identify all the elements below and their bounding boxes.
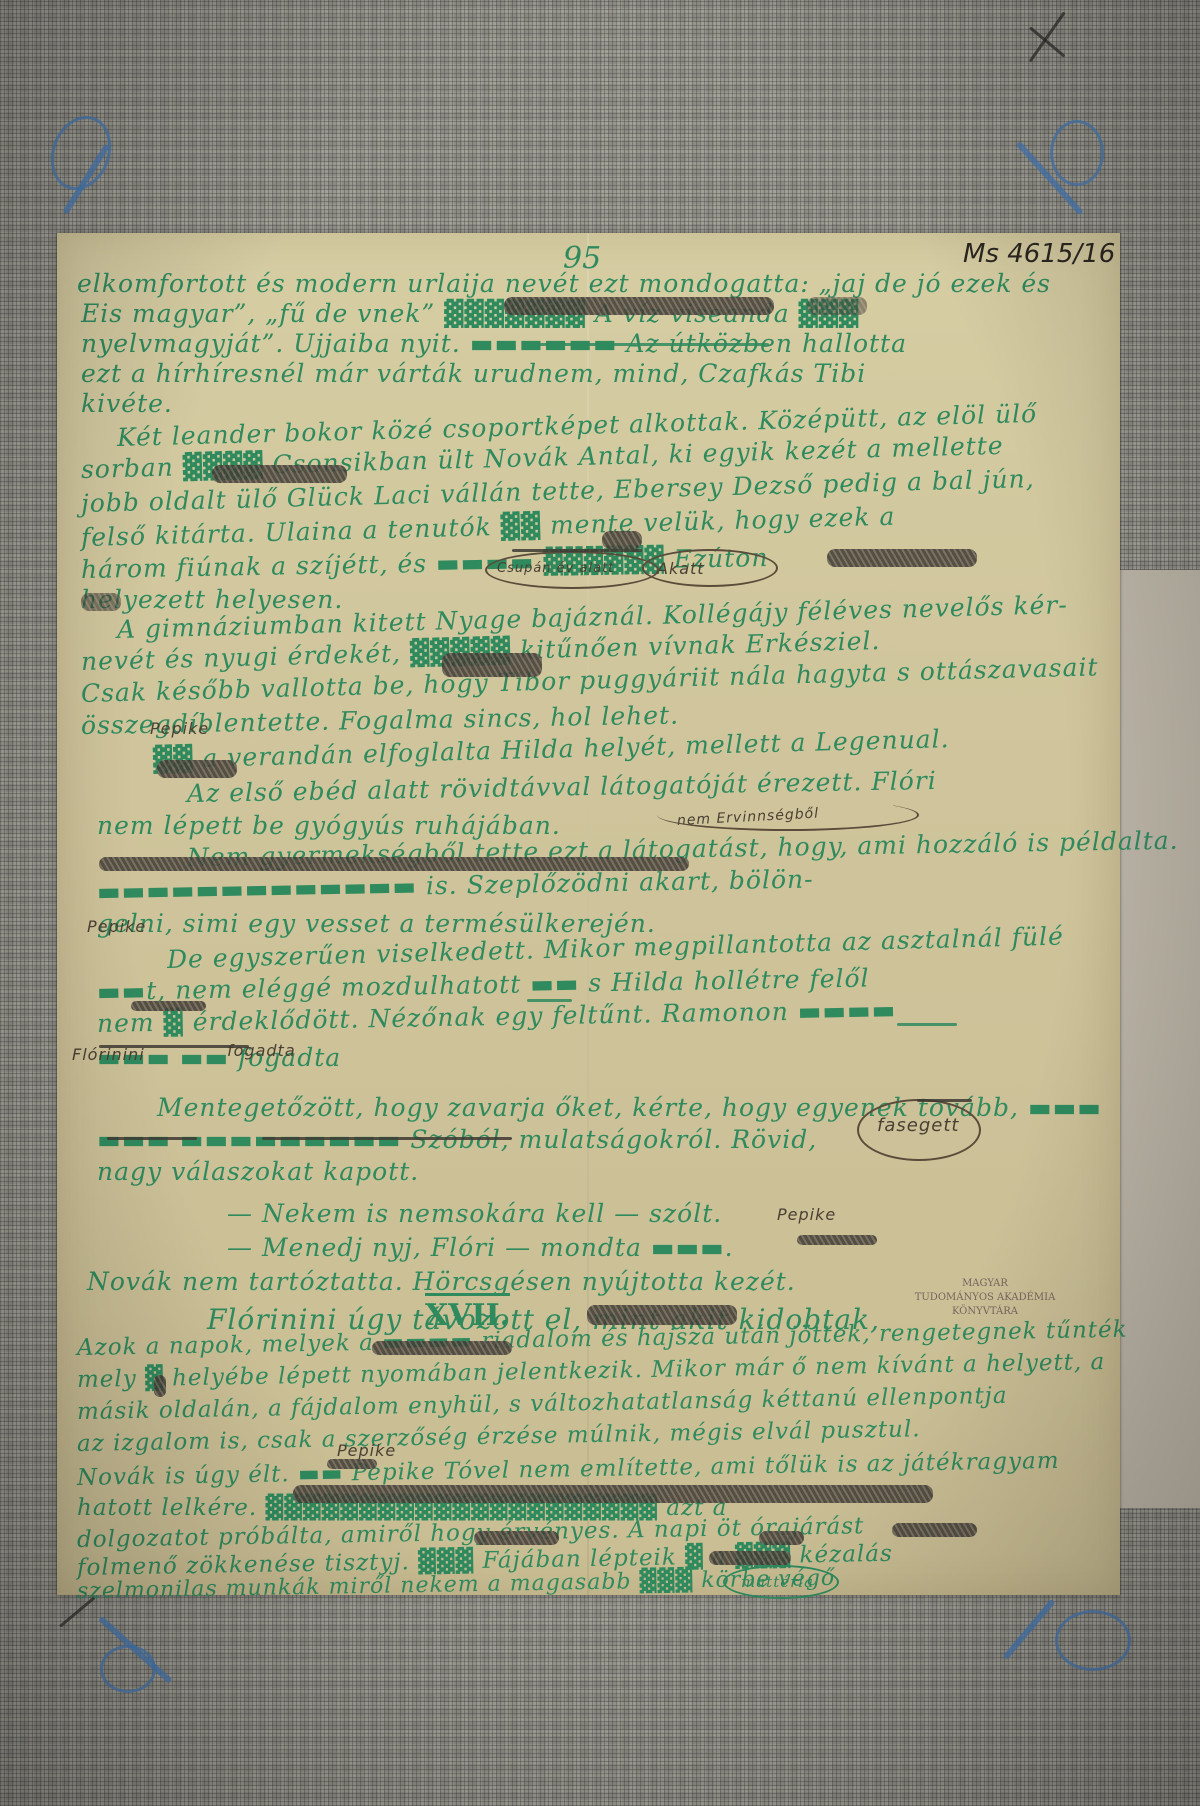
text-line: kivéte.: [81, 389, 173, 418]
crossed-out-line: [293, 1485, 933, 1503]
crossed-out-word: [81, 593, 121, 611]
crossed-out-word: [327, 1459, 377, 1469]
crossed-out-line: [99, 857, 689, 871]
margin-note-pepike: Pepike: [87, 917, 146, 936]
margin-note-pepike: Pepike: [337, 1441, 396, 1460]
crossed-out-word: [709, 1551, 791, 1565]
strikethrough: [262, 1137, 512, 1140]
crossed-out-word: [442, 653, 542, 677]
text-line: ezt a hírhíresnél már várták urudnem, mi…: [81, 359, 866, 388]
stamp-line-3: KÖNYVTÁRA: [905, 1305, 1065, 1319]
manuscript-page: 95 Ms 4615/16 elkomfortott és modern url…: [57, 233, 1120, 1595]
struck-heading: [587, 1305, 737, 1325]
corner-mark-bottom-left-stroke: [98, 1616, 173, 1684]
corner-mark-bottom-right: [1055, 1610, 1131, 1671]
strikethrough: [512, 549, 642, 552]
circle-annotation: [723, 1565, 839, 1599]
text-line: nem lépett be gyógyús ruhájában.: [97, 811, 561, 840]
crossed-out-word: [504, 297, 774, 315]
crossed-out-word: [212, 465, 347, 483]
circle-annotation: [485, 551, 659, 589]
strikethrough: [917, 1099, 972, 1102]
strikethrough: [99, 1045, 249, 1048]
margin-note-pepike: Pepike: [150, 719, 209, 738]
crossed-out-word: [372, 1341, 512, 1355]
stamp-line-2: TUDOMÁNYOS AKADÉMIA: [905, 1291, 1065, 1305]
crossed-out-word: [797, 1235, 877, 1245]
bracket-annotation: [657, 799, 919, 831]
shelfmark-label: Ms 4615/16: [963, 239, 1115, 269]
corner-mark-top-right-stroke: [1016, 141, 1084, 216]
crossed-out-word: [474, 1531, 559, 1545]
crossed-out-word: [759, 1531, 804, 1545]
circle-annotation: [857, 1099, 981, 1161]
library-stamp: MAGYAR TUDOMÁNYOS AKADÉMIA KÖNYVTÁRA: [905, 1277, 1065, 1319]
corner-mark-top-left-stroke: [62, 144, 109, 215]
strikethrough: [897, 1023, 957, 1026]
strikethrough: [527, 999, 572, 1002]
text-line: nyelvmagyját”. Ujjaiba nyit. ▬▬▬▬▬▬ Az ú…: [81, 329, 907, 358]
circle-annotation: [642, 549, 778, 587]
text-line: nagy válaszokat kapott.: [97, 1157, 419, 1186]
margin-note-pepike: Pepike: [777, 1205, 836, 1224]
text-line: elkomfortott és modern urlaija nevét ezt…: [77, 269, 1051, 298]
crossed-out-word: [157, 760, 237, 778]
crossed-out-word: [154, 1375, 166, 1397]
margin-note-fogadta: fogadta: [227, 1041, 296, 1060]
crossed-out-word: [807, 297, 867, 315]
crossed-out-word: [892, 1523, 977, 1537]
text-line: — Menedj nyj, Flóri — mondta ▬▬▬.: [227, 1233, 734, 1262]
corner-mark-bottom-left: [100, 1645, 156, 1693]
strikethrough: [524, 343, 769, 346]
text-line: — Nekem is nemsokára kell — szólt.: [227, 1199, 722, 1228]
strikethrough: [107, 1137, 197, 1140]
corner-mark-top-right: [1050, 120, 1104, 186]
corner-mark-bottom-right-stroke: [1003, 1599, 1056, 1660]
stamp-line-1: MAGYAR: [905, 1277, 1065, 1291]
crossed-out-word: [827, 549, 977, 567]
text-line: Novák nem tartóztatta. Hörcsgésen nyújto…: [87, 1267, 796, 1296]
crossed-out-word: [602, 531, 642, 549]
crossed-out-word: [131, 1001, 206, 1011]
